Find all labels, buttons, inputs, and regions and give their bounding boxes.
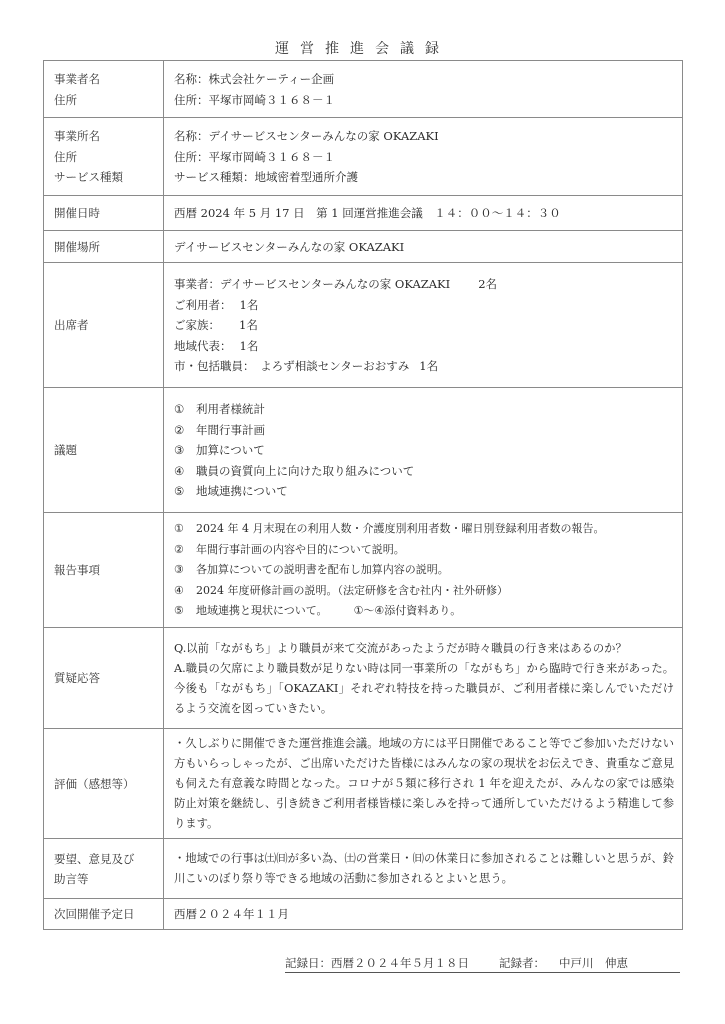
qa-label: 質疑応答 xyxy=(44,628,164,729)
recorder-name: 中戸川 伸恵 xyxy=(559,956,628,970)
evaluation-text: ・久しぶりに開催できた運営推進会議。地域の方には平日開催であること等でご参加いた… xyxy=(174,734,674,834)
attendee-item: 事業者：デイサービスセンターみんなの家 OKAZAKI2名 xyxy=(174,274,674,295)
operator-address-label: 住所 xyxy=(54,90,155,111)
reports-value: ①2024 年 4 月末現在の利用人数・介護度別利用者数・曜日別登録利用者数の報… xyxy=(164,513,683,628)
row-operator: 事業者名 住所 名称：株式会社ケーティー企画 住所：平塚市岡崎３１６８－１ xyxy=(44,61,683,118)
row-datetime: 開催日時 西暦 2024 年 5 月 17 日 第 1 回運営推進会議 １４：０… xyxy=(44,196,683,231)
office-name: 名称：デイサービスセンターみんなの家 OKAZAKI xyxy=(174,126,674,147)
attendees-value: 事業者：デイサービスセンターみんなの家 OKAZAKI2名 ご利用者：1名 ご家… xyxy=(164,263,683,388)
row-office: 事業所名 住所 サービス種類 名称：デイサービスセンターみんなの家 OKAZAK… xyxy=(44,118,683,196)
venue-label: 開催場所 xyxy=(44,231,164,263)
report-item: ③各加算についての説明書を配布し加算内容の説明。 xyxy=(174,560,674,581)
meeting-datetime: 西暦 2024 年 5 月 17 日 第 1 回運営推進会議 １４：００～１４：… xyxy=(174,203,674,224)
attendee-item: ご家族：1名 xyxy=(174,315,674,336)
operator-label: 事業者名 住所 xyxy=(44,61,164,118)
office-label: 事業所名 住所 サービス種類 xyxy=(44,118,164,196)
agenda-item: ③加算について xyxy=(174,440,674,461)
minutes-table: 事業者名 住所 名称：株式会社ケーティー企画 住所：平塚市岡崎３１６８－１ 事業… xyxy=(43,60,683,930)
evaluation-label: 評価（感想等） xyxy=(44,729,164,839)
attendee-item: 市・包括職員： よろず相談センターおおすみ1名 xyxy=(174,356,674,377)
meeting-venue: デイサービスセンターみんなの家 OKAZAKI xyxy=(174,237,674,258)
office-value: 名称：デイサービスセンターみんなの家 OKAZAKI 住所：平塚市岡崎３１６８－… xyxy=(164,118,683,196)
row-qa: 質疑応答 Q.以前「ながもち」より職員が来て交流があったようだが時々職員の行き来… xyxy=(44,628,683,729)
venue-value: デイサービスセンターみんなの家 OKAZAKI xyxy=(164,231,683,263)
attendee-item: ご利用者：1名 xyxy=(174,295,674,316)
attendee-item: 地域代表：1名 xyxy=(174,336,674,357)
operator-address: 住所：平塚市岡崎３１６８－１ xyxy=(174,90,674,111)
attachment-note: ①～④添付資料あり。 xyxy=(354,604,462,617)
agenda-item: ①利用者様統計 xyxy=(174,399,674,420)
qa-answer: A.職員の欠席により職員数が足りない時は同一事業所の「ながもち」から臨時で行き来… xyxy=(174,659,674,719)
requests-label: 要望、意見及び 助言等 xyxy=(44,839,164,899)
reports-label: 報告事項 xyxy=(44,513,164,628)
record-date: 記録日：西暦２０２４年５月１８日 xyxy=(285,956,469,970)
next-meeting-label: 次回開催予定日 xyxy=(44,899,164,930)
next-meeting-date: 西暦２０２４年１１月 xyxy=(174,904,674,925)
agenda-value: ①利用者様統計 ②年間行事計画 ③加算について ④職員の資質向上に向けた取り組み… xyxy=(164,388,683,513)
report-item: ②年間行事計画の内容や目的について説明。 xyxy=(174,540,674,561)
office-address: 住所：平塚市岡崎３１６８－１ xyxy=(174,147,674,168)
next-meeting-value: 西暦２０２４年１１月 xyxy=(164,899,683,930)
row-requests: 要望、意見及び 助言等 ・地域での行事は㈯㈰が多い為、㈯の営業日・㈰の休業日に参… xyxy=(44,839,683,899)
agenda-item: ④職員の資質向上に向けた取り組みについて xyxy=(174,461,674,482)
attendees-label: 出席者 xyxy=(44,263,164,388)
recorder-label: 記録者： xyxy=(499,956,545,970)
row-next-meeting: 次回開催予定日 西暦２０２４年１１月 xyxy=(44,899,683,930)
agenda-item: ②年間行事計画 xyxy=(174,420,674,441)
operator-name: 名称：株式会社ケーティー企画 xyxy=(174,69,674,90)
agenda-item: ⑤地域連携について xyxy=(174,481,674,502)
office-name-label: 事業所名 xyxy=(54,126,155,147)
report-item: ①2024 年 4 月末現在の利用人数・介護度別利用者数・曜日別登録利用者数の報… xyxy=(174,519,674,540)
office-address-label: 住所 xyxy=(54,147,155,168)
operator-name-label: 事業者名 xyxy=(54,69,155,90)
office-service-label: サービス種類 xyxy=(54,167,155,188)
document-title: 運営推進会議録 xyxy=(0,38,725,58)
operator-value: 名称：株式会社ケーティー企画 住所：平塚市岡崎３１６８－１ xyxy=(164,61,683,118)
report-item: ⑤地域連携と現状について。①～④添付資料あり。 xyxy=(174,601,674,622)
row-evaluation: 評価（感想等） ・久しぶりに開催できた運営推進会議。地域の方には平日開催であるこ… xyxy=(44,729,683,839)
agenda-label: 議題 xyxy=(44,388,164,513)
record-footer: 記録日：西暦２０２４年５月１８日記録者：中戸川 伸恵 xyxy=(285,955,680,973)
row-venue: 開催場所 デイサービスセンターみんなの家 OKAZAKI xyxy=(44,231,683,263)
requests-value: ・地域での行事は㈯㈰が多い為、㈯の営業日・㈰の休業日に参加されることは難しいと思… xyxy=(164,839,683,899)
row-agenda: 議題 ①利用者様統計 ②年間行事計画 ③加算について ④職員の資質向上に向けた取… xyxy=(44,388,683,513)
evaluation-value: ・久しぶりに開催できた運営推進会議。地域の方には平日開催であること等でご参加いた… xyxy=(164,729,683,839)
datetime-label: 開催日時 xyxy=(44,196,164,231)
qa-question: Q.以前「ながもち」より職員が来て交流があったようだが時々職員の行き来はあるのか… xyxy=(174,639,674,659)
row-attendees: 出席者 事業者：デイサービスセンターみんなの家 OKAZAKI2名 ご利用者：1… xyxy=(44,263,683,388)
datetime-value: 西暦 2024 年 5 月 17 日 第 1 回運営推進会議 １４：００～１４：… xyxy=(164,196,683,231)
office-service: サービス種類：地域密着型通所介護 xyxy=(174,167,674,188)
report-item: ④2024 年度研修計画の説明。（法定研修を含む社内・社外研修） xyxy=(174,581,674,602)
row-reports: 報告事項 ①2024 年 4 月末現在の利用人数・介護度別利用者数・曜日別登録利… xyxy=(44,513,683,628)
requests-text: ・地域での行事は㈯㈰が多い為、㈯の営業日・㈰の休業日に参加されることは難しいと思… xyxy=(174,849,674,889)
qa-value: Q.以前「ながもち」より職員が来て交流があったようだが時々職員の行き来はあるのか… xyxy=(164,628,683,729)
